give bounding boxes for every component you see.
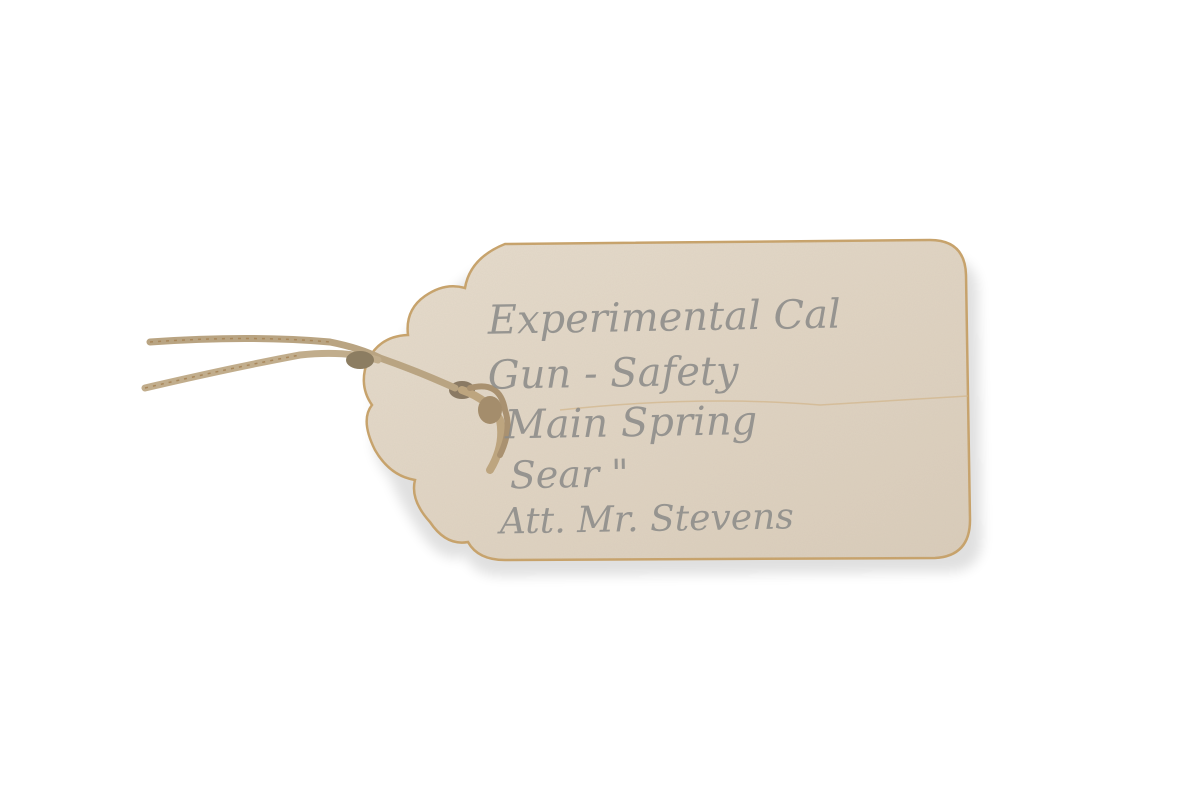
note-line-4: Sear " bbox=[509, 451, 629, 497]
note-line-5: Att. Mr. Stevens bbox=[496, 496, 794, 542]
note-line-3: Main Spring bbox=[503, 398, 757, 448]
note-line-2: Gun - Safety bbox=[487, 348, 740, 398]
note-line-1: Experimental Cal bbox=[486, 292, 841, 344]
tag-photo: Experimental Cal Gun - Safety Main Sprin… bbox=[0, 0, 1200, 800]
